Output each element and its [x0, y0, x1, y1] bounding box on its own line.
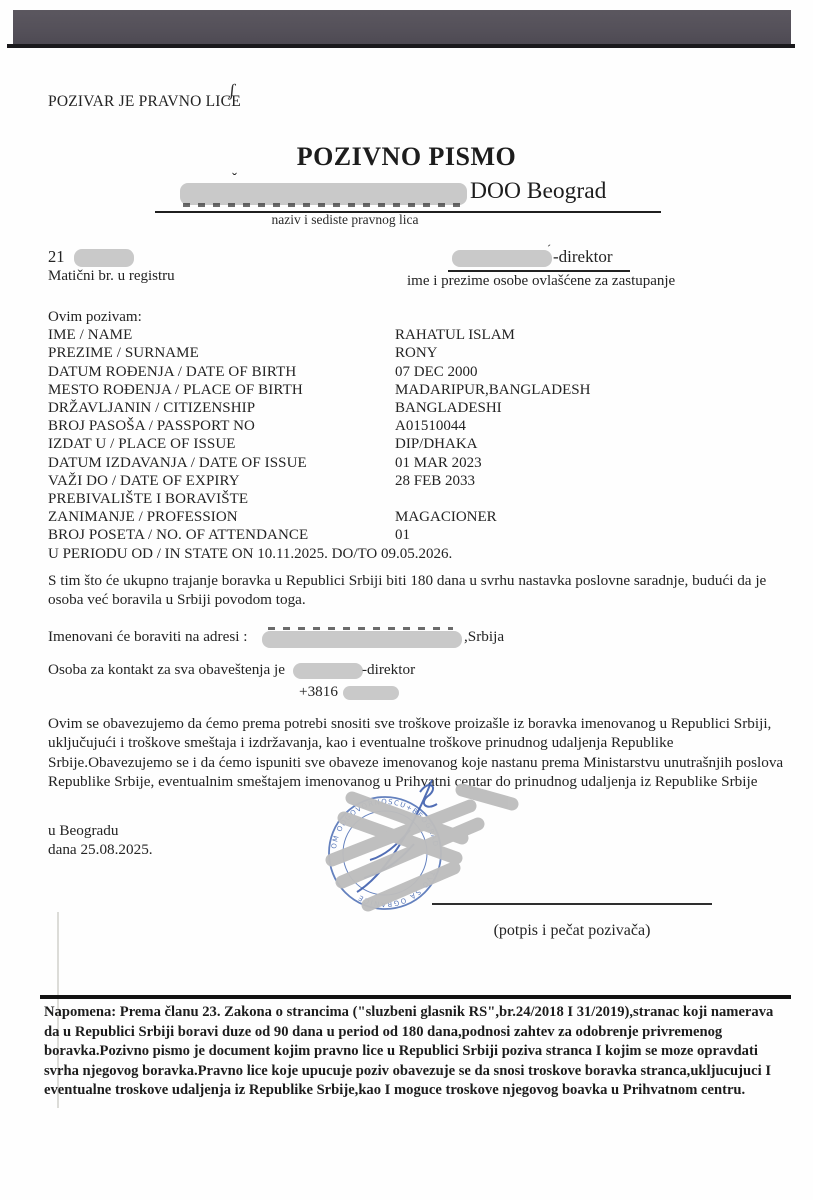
- field-value: 28 FEB 2033: [395, 472, 590, 490]
- company-name-line: ˇ DOO Beograd: [155, 178, 661, 213]
- note-divider-line: [40, 995, 791, 999]
- field-value: BANGLADESHI: [395, 399, 590, 417]
- field-label: BROJ PASOŠA / PASSPORT NO: [48, 417, 395, 435]
- field-label: MESTO ROĐENJA / PLACE OF BIRTH: [48, 381, 395, 399]
- representative-name-line: ´ -direktor: [448, 246, 630, 272]
- field-label: PREBIVALIŠTE I BORAVIŠTE: [48, 490, 395, 508]
- contact-line: Osoba za kontakt za sva obaveštenja je -…: [48, 661, 285, 679]
- field-value: RONY: [395, 344, 590, 362]
- representative-visible-suffix: -direktor: [553, 247, 612, 267]
- phone-prefix: +3816: [299, 683, 338, 700]
- table-row: DATUM IZDAVANJA / DATE OF ISSUE 01 MAR 2…: [48, 454, 590, 472]
- redaction-seal-scribble: [332, 790, 512, 905]
- invite-intro: Ovim pozivam:: [48, 308, 590, 326]
- redaction-company-letter-fragments: [183, 203, 461, 207]
- table-row: PREBIVALIŠTE I BORAVIŠTE: [48, 490, 590, 508]
- redacted-letter-accent: ´: [547, 242, 551, 257]
- field-value: A01510044: [395, 417, 590, 435]
- field-value: MADARIPUR,BANGLADESH: [395, 381, 590, 399]
- redaction-representative-name: [452, 250, 552, 267]
- table-row: VAŽI DO / DATE OF EXPIRY 28 FEB 2033: [48, 472, 590, 490]
- field-label: DATUM ROĐENJA / DATE OF BIRTH: [48, 363, 395, 381]
- field-value: MAGACIONER: [395, 508, 590, 526]
- field-value: DIP/DHAKA: [395, 435, 590, 453]
- table-row: DATUM ROĐENJA / DATE OF BIRTH 07 DEC 200…: [48, 363, 590, 381]
- signature-line: [432, 903, 712, 905]
- field-label: IME / NAME: [48, 326, 395, 344]
- table-row: BROJ PASOŠA / PASSPORT NO A01510044: [48, 417, 590, 435]
- address-suffix: ,Srbija: [464, 628, 504, 646]
- field-label: PREZIME / SURNAME: [48, 344, 395, 362]
- contact-prefix: Osoba za kontakt za sva obaveštenja je: [48, 661, 285, 678]
- field-value: 07 DEC 2000: [395, 363, 590, 381]
- field-label: DATUM IZDAVANJA / DATE OF ISSUE: [48, 454, 395, 472]
- company-caption: naziv i sediste pravnog lica: [0, 212, 690, 228]
- date-line: dana 25.08.2025.: [48, 841, 153, 859]
- redaction-registry-number: [74, 249, 134, 267]
- company-name-visible-suffix: DOO Beograd: [470, 178, 606, 205]
- field-label: ZANIMANJE / PROFESSION: [48, 508, 395, 526]
- inviter-type-heading: POZIVAR JE PRAVNO LICE: [48, 93, 241, 111]
- registry-caption: Matični br. u registru: [48, 268, 175, 285]
- company-seal-graphic: OM ODGOVORNOSCU+BEOGRAD TVO SA OGRANICE: [312, 760, 582, 932]
- table-row: BROJ POSETA / NO. OF ATTENDANCE 01: [48, 526, 590, 544]
- place-line: u Beogradu: [48, 822, 118, 840]
- scanner-artifact-band-edge: [7, 44, 795, 48]
- legal-note: Napomena: Prema članu 23. Zakona o stran…: [44, 1003, 791, 1101]
- address-prefix: Imenovani će boraviti na adresi :: [48, 628, 247, 645]
- redaction-contact-name: [293, 663, 363, 679]
- person-fields-table: Ovim pozivam: IME / NAME RAHATUL ISLAM P…: [48, 308, 590, 563]
- table-row: PREZIME / SURNAME RONY: [48, 344, 590, 362]
- table-row: MESTO ROĐENJA / PLACE OF BIRTH MADARIPUR…: [48, 381, 590, 399]
- field-label: DRŽAVLJANIN / CITIZENSHIP: [48, 399, 395, 417]
- scanner-artifact-band: [13, 10, 791, 44]
- field-value: [395, 490, 590, 508]
- contact-suffix: -direktor: [362, 661, 415, 679]
- table-row: ZANIMANJE / PROFESSION MAGACIONER: [48, 508, 590, 526]
- registry-number-prefix: 21: [48, 247, 65, 267]
- phone-line: +3816: [299, 683, 338, 701]
- document-title: POZIVNO PISMO: [0, 142, 813, 172]
- field-label: VAŽI DO / DATE OF EXPIRY: [48, 472, 395, 490]
- redaction-phone-number: [343, 686, 399, 700]
- redaction-address: [262, 631, 462, 648]
- redaction-company-name: [180, 183, 467, 205]
- field-label: BROJ POSETA / NO. OF ATTENDANCE: [48, 526, 395, 544]
- signature-caption: (potpis i pečat pozivača): [432, 922, 712, 940]
- table-row: DRŽAVLJANIN / CITIZENSHIP BANGLADESHI: [48, 399, 590, 417]
- field-value: RAHATUL ISLAM: [395, 326, 590, 344]
- redaction-address-letter-fragments: [268, 627, 453, 630]
- representative-caption: ime i prezime osobe ovlašćene za zastupa…: [407, 273, 675, 290]
- scanned-invitation-letter-page: ʃ POZIVAR JE PRAVNO LICE POZIVNO PISMO ˇ…: [0, 0, 813, 1200]
- table-row: IME / NAME RAHATUL ISLAM: [48, 326, 590, 344]
- field-value: 01 MAR 2023: [395, 454, 590, 472]
- field-label: IZDAT U / PLACE OF ISSUE: [48, 435, 395, 453]
- address-line: Imenovani će boraviti na adresi : ,Srbij…: [48, 628, 247, 646]
- company-seal: OM ODGOVORNOSCU+BEOGRAD TVO SA OGRANICE: [312, 760, 582, 932]
- field-value: 01: [395, 526, 590, 544]
- stay-duration-paragraph: S tim što će ukupno trajanje boravka u R…: [48, 572, 785, 610]
- stay-period-line: U PERIODU OD / IN STATE ON 10.11.2025. D…: [48, 545, 590, 563]
- table-row: IZDAT U / PLACE OF ISSUE DIP/DHAKA: [48, 435, 590, 453]
